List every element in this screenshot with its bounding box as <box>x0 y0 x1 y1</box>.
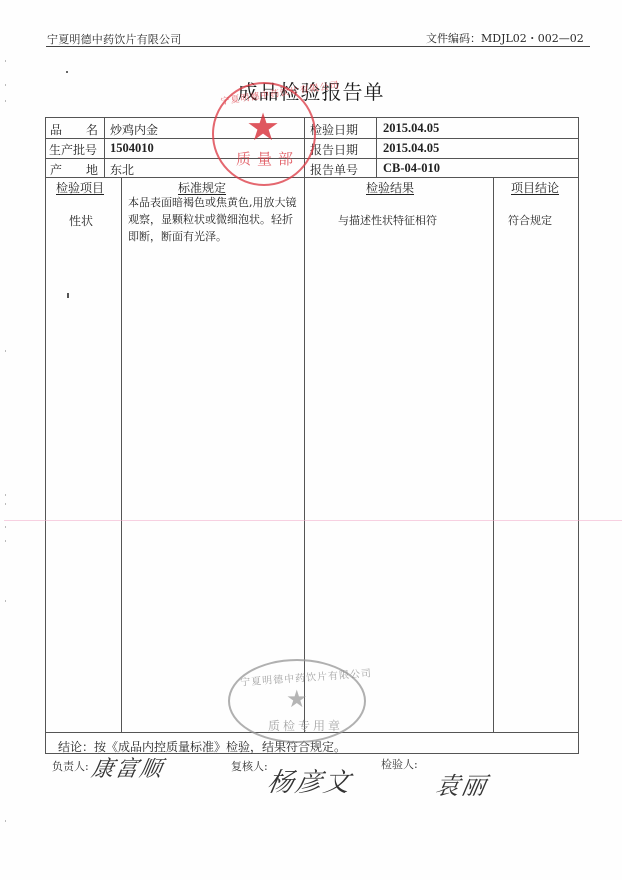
col-divider <box>104 117 105 177</box>
product-name-label: 品 名 <box>50 121 98 138</box>
col-header-conclusion: 项目结论 <box>511 179 559 196</box>
origin-label: 产 地 <box>50 161 98 178</box>
star-icon: ★ <box>286 687 308 711</box>
report-page: 宁夏明德中药饮片有限公司 文件编码：MDJL02・002—02 成品检验报告单 … <box>0 0 622 880</box>
reviewer-label: 复核人: <box>231 758 268 774</box>
margin-mark <box>5 600 6 602</box>
qc-seal-stamp: 宁夏明德中药饮片有限公司 ★ 质检专用章 <box>228 659 366 743</box>
row-divider <box>45 158 579 159</box>
star-icon: ★ <box>246 108 280 146</box>
inspector-signature: 袁丽 <box>433 766 491 801</box>
col-divider <box>493 177 494 732</box>
responsible-signature: 康富顺 <box>89 752 166 783</box>
report-table <box>45 117 579 754</box>
batch-label: 生产批号 <box>49 141 97 158</box>
report-date-label: 报告日期 <box>310 141 358 158</box>
margin-mark <box>5 350 6 352</box>
margin-mark <box>5 503 6 505</box>
quality-dept-stamp: 宁夏明德中药饮片有限公司 ★ 质量部 <box>212 82 316 186</box>
product-name-value: 炒鸡内金 <box>110 121 158 138</box>
batch-value: 1504010 <box>110 141 154 156</box>
col-divider <box>376 117 377 177</box>
margin-mark <box>5 540 6 542</box>
col-divider <box>304 177 305 732</box>
report-date-value: 2015.04.05 <box>383 141 439 156</box>
label-char: 品 <box>50 121 62 138</box>
scan-speck <box>67 293 69 298</box>
col-header-item: 检验项目 <box>56 179 104 196</box>
company-name: 宁夏明德中药饮片有限公司 <box>47 31 181 47</box>
row-conclusion: 符合规定 <box>508 212 552 228</box>
margin-mark <box>5 84 6 86</box>
reviewer-signature: 杨彦文 <box>265 762 356 799</box>
margin-mark <box>5 60 6 62</box>
row-standard: 本品表面暗褐色或焦黄色,用放大镜观察，显颗粒状或微细泡状。轻折即断，断面有光泽。 <box>128 194 300 245</box>
stamp-bottom-text: 质量部 <box>236 148 299 169</box>
margin-mark <box>5 820 6 822</box>
file-code: 文件编码：MDJL02・002—02 <box>426 30 584 46</box>
label-char: 产 <box>50 161 62 178</box>
inspector-label: 检验人: <box>381 756 418 772</box>
report-no-label: 报告单号 <box>310 161 358 178</box>
col-header-result: 检验结果 <box>366 179 414 196</box>
margin-mark <box>5 526 6 528</box>
scan-artifact-line <box>4 520 622 521</box>
row-item: 性状 <box>69 212 93 229</box>
label-char: 地 <box>86 161 98 178</box>
origin-value: 东北 <box>110 161 134 178</box>
margin-mark <box>5 494 6 496</box>
inspect-date-label: 检验日期 <box>310 121 358 138</box>
responsible-label: 负责人: <box>52 758 89 774</box>
report-no-value: CB-04-010 <box>383 161 440 176</box>
row-result: 与描述性状特征相符 <box>338 212 437 228</box>
scan-speck <box>66 71 68 73</box>
stamp-bottom-text: 质检专用章 <box>268 717 343 734</box>
inspect-date-value: 2015.04.05 <box>383 121 439 136</box>
label-char: 名 <box>86 121 98 138</box>
header-rule <box>46 46 590 47</box>
col-divider <box>121 177 122 732</box>
margin-mark <box>5 100 6 102</box>
